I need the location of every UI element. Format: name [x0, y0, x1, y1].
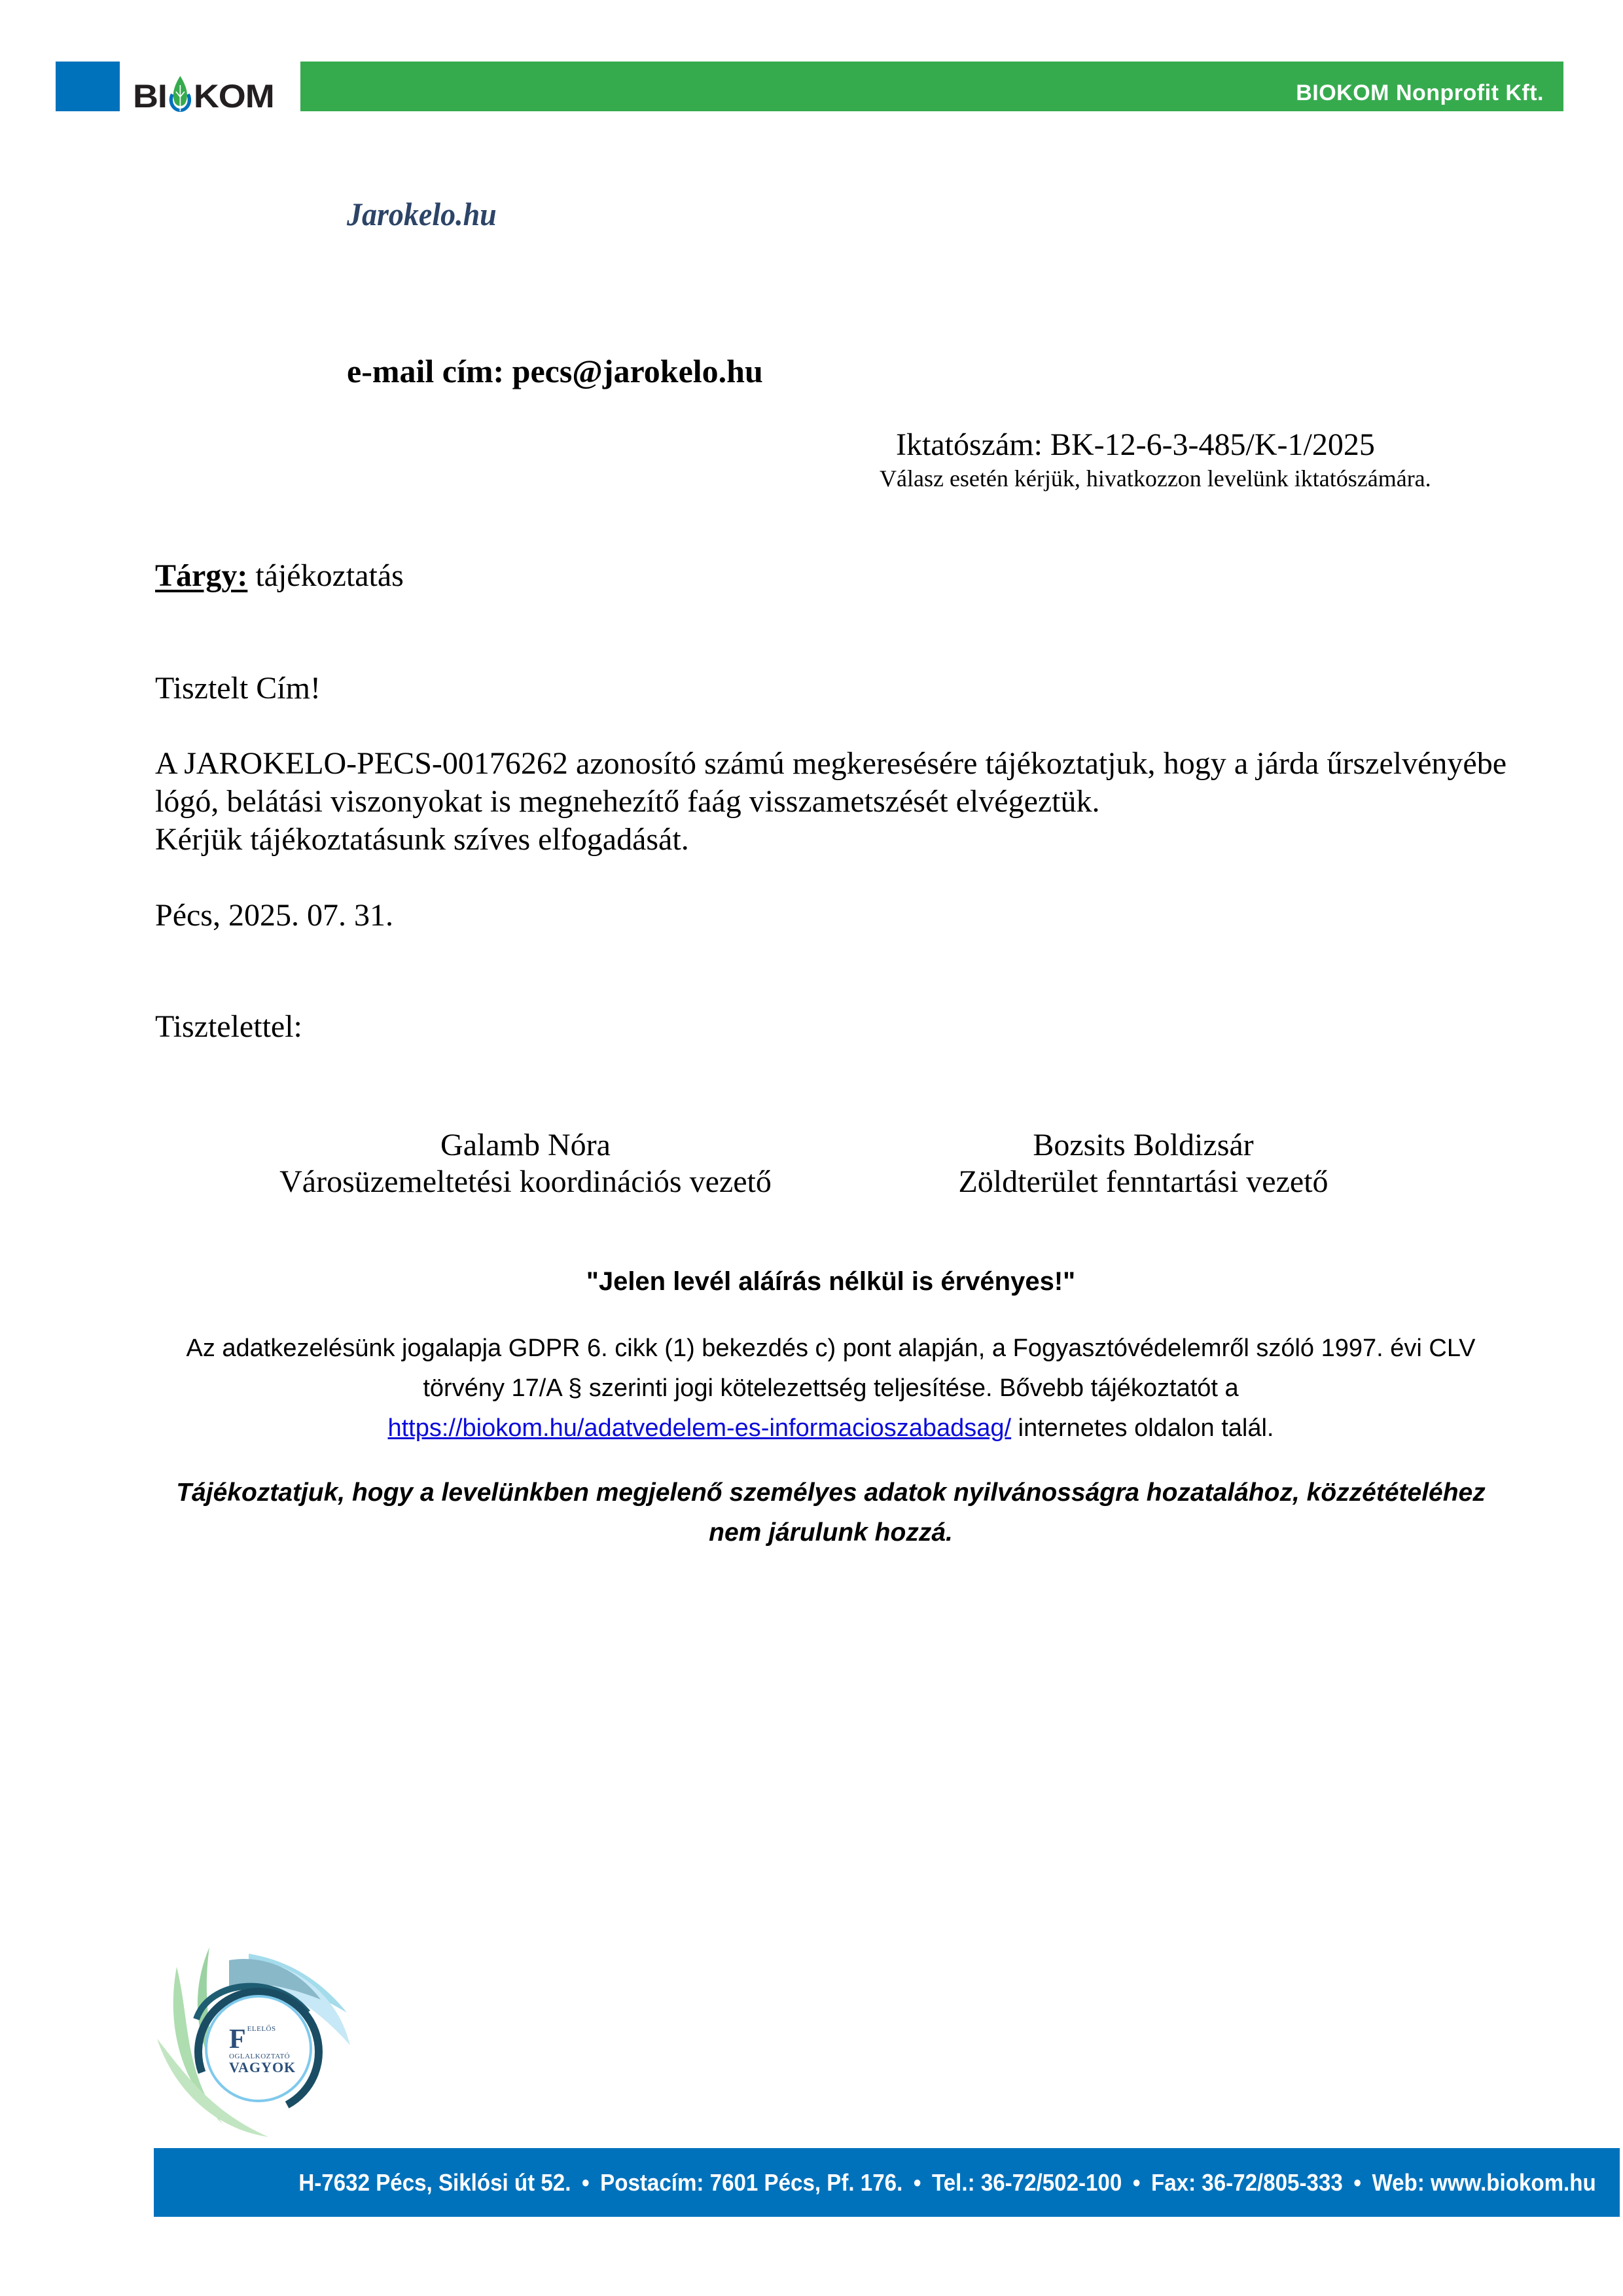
recipient-name: Jarokelo.hu: [347, 195, 497, 233]
body-paragraph: A JAROKELO-PECS-00176262 azonosító számú…: [155, 745, 1507, 859]
bullet-icon: •: [914, 2169, 921, 2196]
organization-name: BIOKOM Nonprofit Kft.: [1296, 81, 1544, 106]
privacy-notice: Tájékoztatjuk, hogy a levelünkben megjel…: [155, 1473, 1507, 1552]
date-line: Pécs, 2025. 07. 31.: [155, 897, 393, 933]
header-green-bar: BIOKOM Nonprofit Kft.: [300, 62, 1563, 111]
gdpr-notice: Az adatkezelésünk jogalapja GDPR 6. cikk…: [155, 1329, 1507, 1448]
footer-postal: Postacím: 7601 Pécs, Pf. 176.: [600, 2169, 902, 2196]
signatory-name: Galamb Nóra: [231, 1127, 820, 1164]
subject-line: Tárgy: tájékoztatás: [155, 558, 404, 594]
body-request: Kérjük tájékoztatásunk szíves elfogadásá…: [155, 821, 1507, 859]
greeting: Tisztelt Cím!: [155, 670, 321, 706]
footer-bar: H-7632 Pécs, Siklósi út 52.•Postacím: 76…: [154, 2148, 1620, 2217]
responsible-employer-badge: F ELELŐS OGLALKOZTATÓ VAGYOK: [151, 1941, 353, 2144]
recipient-email: e-mail cím: pecs@jarokelo.hu: [347, 352, 763, 390]
gdpr-text: Az adatkezelésünk jogalapja GDPR 6. cikk…: [186, 1335, 1475, 1402]
logo-text-right: KOM: [194, 80, 274, 113]
signatory-name: Bozsits Boldizsár: [849, 1127, 1438, 1164]
bullet-icon: •: [1133, 2169, 1141, 2196]
leaf-drop-icon: [168, 75, 192, 113]
footer-fax: Fax: 36-72/805-333: [1151, 2169, 1343, 2196]
biokom-logo: BI KOM: [133, 71, 290, 113]
header-blue-block: [56, 62, 120, 111]
signatory-right: Bozsits Boldizsár Zöldterület fenntartás…: [849, 1127, 1438, 1200]
footer-contact: H-7632 Pécs, Siklósi út 52.•Postacím: 76…: [299, 2169, 1596, 2197]
footer-address: H-7632 Pécs, Siklósi út 52.: [299, 2169, 571, 2196]
reference-number: Iktatószám: BK-12-6-3-485/K-1/2025: [896, 427, 1375, 463]
bullet-icon: •: [1354, 2169, 1362, 2196]
privacy-policy-link[interactable]: https://biokom.hu/adatvedelem-es-informa…: [387, 1414, 1011, 1442]
bullet-icon: •: [582, 2169, 590, 2196]
gdpr-text-after: internetes oldalon talál.: [1018, 1414, 1274, 1442]
closing: Tisztelettel:: [155, 1009, 302, 1045]
logo-text-left: BI: [133, 80, 167, 113]
badge-text: F ELELŐS OGLALKOZTATÓ VAGYOK: [229, 2026, 296, 2075]
footer-phone: Tel.: 36-72/502-100: [932, 2169, 1122, 2196]
signatory-left: Galamb Nóra Városüzemeltetési koordináci…: [231, 1127, 820, 1200]
footer-web: Web: www.biokom.hu: [1372, 2169, 1596, 2196]
reference-note: Válasz esetén kérjük, hivatkozzon levelü…: [880, 465, 1431, 492]
body-main-text: A JAROKELO-PECS-00176262 azonosító számú…: [155, 745, 1507, 821]
subject-label: Tárgy:: [155, 558, 247, 593]
subject-value: tájékoztatás: [255, 558, 404, 593]
signatory-title: Zöldterület fenntartási vezető: [849, 1164, 1438, 1200]
signatory-title: Városüzemeltetési koordinációs vezető: [231, 1164, 820, 1200]
validity-notice: "Jelen levél aláírás nélkül is érvényes!…: [155, 1267, 1507, 1297]
